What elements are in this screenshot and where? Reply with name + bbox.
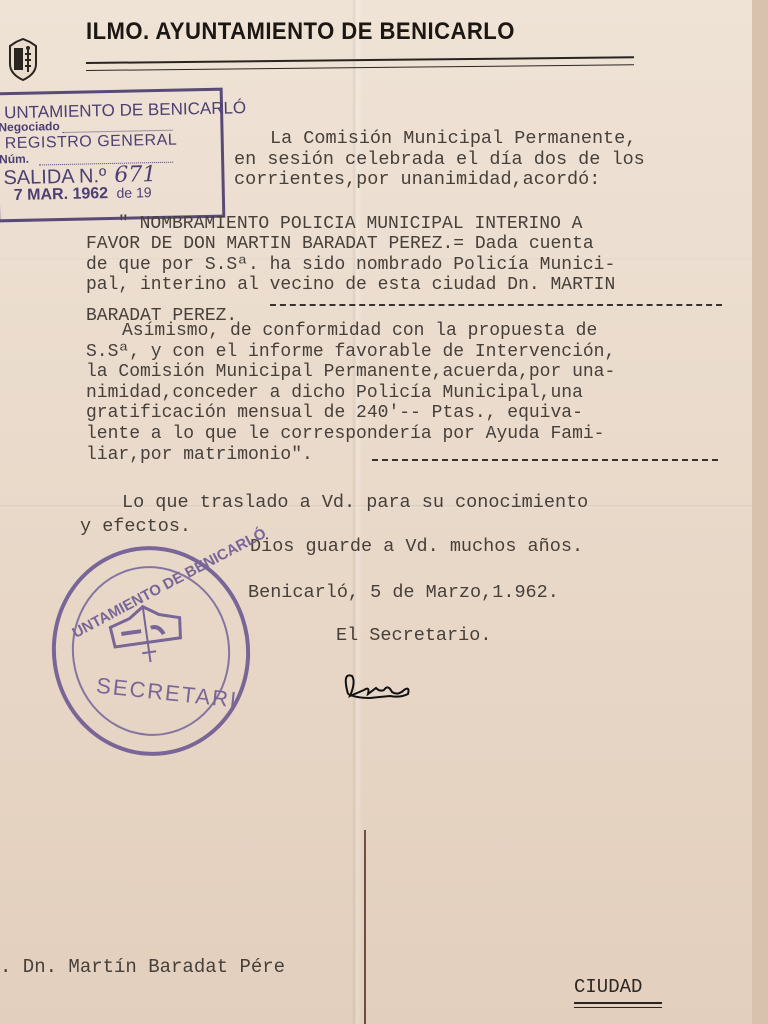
- blessing: Dios guarde a Vd. muchos años.: [250, 538, 583, 557]
- gratification-line: liar,por matrimonio".: [86, 446, 313, 464]
- intro-line: La Comisión Municipal Permanente,: [270, 130, 636, 149]
- closing-line: Lo que traslado a Vd. para su conocimien…: [122, 494, 588, 513]
- fill-dashes: [270, 304, 722, 306]
- intro-line: corrientes,por unanimidad,acordó:: [234, 171, 600, 190]
- coat-of-arms-icon: [6, 38, 40, 82]
- gratification-line: nimidad,conceder a dicho Policía Municip…: [86, 384, 583, 402]
- gratification-line: la Comisión Municipal Permanente,acuerda…: [86, 363, 615, 381]
- gratification-line: Asímismo, de conformidad con la propuest…: [122, 322, 597, 340]
- fill-dashes: [372, 459, 718, 461]
- closing-line: y efectos.: [80, 518, 191, 537]
- stamp-registro: REGISTRO GENERAL: [5, 132, 178, 154]
- paper-tear: [364, 830, 366, 1024]
- resolution-line: FAVOR DE DON MARTIN BARADAT PEREZ.= Dada…: [86, 235, 594, 253]
- gratification-line: lente a lo que le correspondería por Ayu…: [86, 425, 604, 443]
- resolution-line: pal, interino al vecino de esta ciudad D…: [86, 276, 615, 294]
- city-underline: [574, 1002, 662, 1008]
- signature: [340, 668, 420, 702]
- stamp-date-suffix: de 19: [116, 184, 151, 201]
- stamp-date: 7 MAR. 1962 de 19: [14, 184, 152, 205]
- background-edge: [752, 0, 768, 1024]
- intro-line: en sesión celebrada el día dos de los: [234, 151, 645, 170]
- resolution-line: de que por S.Sª. ha sido nombrado Policí…: [86, 256, 615, 274]
- registry-stamp: UNTAMIENTO DE BENICARLÓ Negociado REGIST…: [0, 88, 225, 223]
- resolution-line: " NOMBRAMIENTO POLICIA MUNICIPAL INTERIN…: [118, 215, 582, 233]
- stamp-negociado: Negociado: [0, 119, 60, 134]
- place-date: Benicarló, 5 de Marzo,1.962.: [248, 584, 559, 603]
- addressee-city: CIUDAD: [574, 978, 642, 997]
- signatory-title: El Secretario.: [336, 627, 491, 646]
- addressee-name: . Dn. Martín Baradat Pére: [0, 958, 285, 977]
- letterhead-title: ILMO. AYUNTAMIENTO DE BENICARLO: [86, 18, 515, 46]
- seal-emblem-icon: [98, 596, 197, 678]
- gratification-line: S.Sª, y con el informe favorable de Inte…: [86, 343, 615, 361]
- gratification-line: gratificación mensual de 240'-- Ptas., e…: [86, 404, 583, 422]
- stamp-date-value: 7 MAR. 1962: [14, 185, 109, 204]
